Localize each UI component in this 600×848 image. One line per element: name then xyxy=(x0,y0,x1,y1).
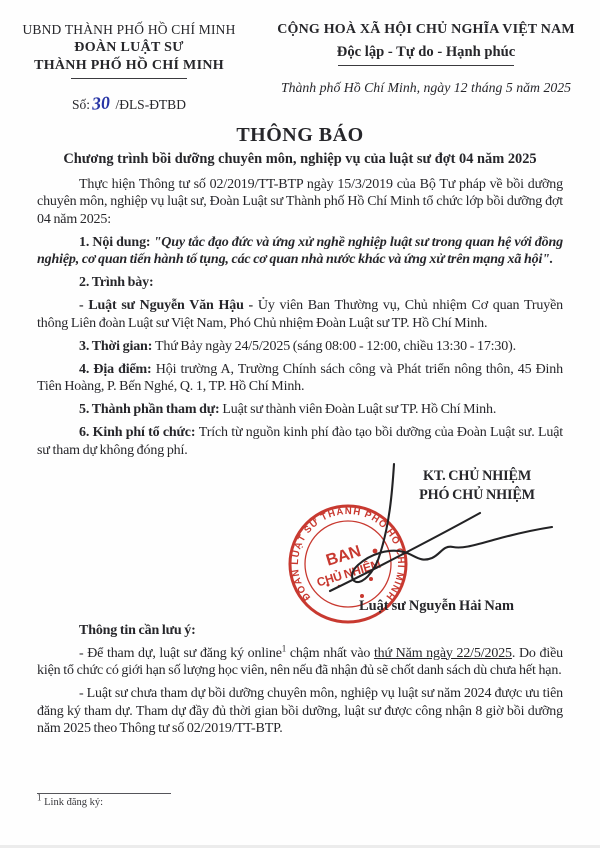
national-motto: Độc lập - Tự do - Hạnh phúc xyxy=(258,43,594,63)
section-6-content: 6. Kinh phí tổ chức: Trích từ nguồn kinh… xyxy=(37,424,563,459)
section-4-label: 4. Địa điểm: xyxy=(79,362,156,377)
footnote-block: 1 Link đăng ký: xyxy=(37,793,171,808)
org-parent-line: UBND THÀNH PHỐ HỒ CHÍ MINH xyxy=(0,21,258,39)
section-4-content: 4. Địa điểm: Hội trường A, Trường Chính … xyxy=(37,361,563,396)
section-5-text: Luật sư thành viên Đoàn Luật sư TP. Hồ C… xyxy=(222,402,496,417)
footnote-text: Link đăng ký: xyxy=(42,797,104,808)
speaker-paragraph: - Luật sư Nguyễn Văn Hậu - Ủy viên Ban T… xyxy=(37,297,563,332)
speaker-name: - Luật sư Nguyễn Văn Hậu - xyxy=(79,298,258,313)
section-5-content: 5. Thành phần tham dự: Luật sư thành viê… xyxy=(37,401,563,419)
note-1: - Để tham dự, luật sư đăng ký online1 ch… xyxy=(37,645,563,680)
org-underline xyxy=(71,78,187,79)
place-date-line: Thành phố Hồ Chí Minh, ngày 12 tháng 5 n… xyxy=(258,79,594,98)
section-3-text: Thứ Bảy ngày 24/5/2025 (sáng 08:00 - 12:… xyxy=(155,339,516,354)
document-number-handwritten: 30 xyxy=(91,91,111,116)
org-name-line: ĐOÀN LUẬT SƯ xyxy=(0,39,258,57)
section-2-heading: 2. Trình bày: xyxy=(37,274,563,292)
org-city-line: THÀNH PHỐ HỒ CHÍ MINH xyxy=(0,57,258,75)
document-body: Thực hiện Thông tư số 02/2019/TT-BTP ngà… xyxy=(37,176,563,738)
registration-deadline: thứ Năm ngày 22/5/2025 xyxy=(374,646,512,661)
document-number-prefix: Số: xyxy=(72,97,90,112)
section-3-content: 3. Thời gian: Thứ Bảy ngày 24/5/2025 (sá… xyxy=(37,338,563,356)
document-subtitle: Chương trình bồi dưỡng chuyên môn, nghiệ… xyxy=(0,151,600,168)
signer-name: Luật sư Nguyễn Hải Nam xyxy=(359,598,514,616)
note-1-part2: chậm nhất vào xyxy=(286,646,374,661)
handwritten-signature-icon xyxy=(292,456,572,606)
footnote-rule xyxy=(37,793,171,794)
scanned-announcement-document: UBND THÀNH PHỐ HỒ CHÍ MINH ĐOÀN LUẬT SƯ … xyxy=(0,0,600,848)
section-5-label: 5. Thành phần tham dự: xyxy=(79,402,222,417)
document-number-suffix: /ĐLS-ĐTBD xyxy=(115,97,186,112)
document-number: Số:30 /ĐLS-ĐTBD xyxy=(0,92,258,116)
section-6-label: 6. Kinh phí tổ chức: xyxy=(79,425,199,440)
note-2: - Luật sư chưa tham dự bồi dưỡng chuyên … xyxy=(37,685,563,738)
section-3-label: 3. Thời gian: xyxy=(79,339,155,354)
intro-paragraph: Thực hiện Thông tư số 02/2019/TT-BTP ngà… xyxy=(37,176,563,229)
national-title: CỘNG HOÀ XÃ HỘI CHỦ NGHĨA VIỆT NAM xyxy=(258,21,594,40)
signature-block: KT. CHỦ NHIỆM PHÓ CHỦ NHIỆM ĐOÀN LUẬT SƯ… xyxy=(37,465,563,622)
motto-underline xyxy=(338,65,514,66)
note-1-part1: - Để tham dự, luật sư đăng ký online xyxy=(79,646,282,661)
issuing-org-block: UBND THÀNH PHỐ HỒ CHÍ MINH ĐOÀN LUẬT SƯ … xyxy=(0,21,258,116)
document-title: THÔNG BÁO xyxy=(0,124,600,147)
section-1-content: 1. Nội dung: "Quy tắc đạo đức và ứng xử … xyxy=(37,234,563,269)
section-2-label: 2. Trình bày: xyxy=(79,275,154,290)
document-header: UBND THÀNH PHỐ HỒ CHÍ MINH ĐOÀN LUẬT SƯ … xyxy=(0,21,600,116)
section-1-label: 1. Nội dung: xyxy=(79,235,154,250)
national-header-block: CỘNG HOÀ XÃ HỘI CHỦ NGHĨA VIỆT NAM Độc l… xyxy=(258,21,600,97)
